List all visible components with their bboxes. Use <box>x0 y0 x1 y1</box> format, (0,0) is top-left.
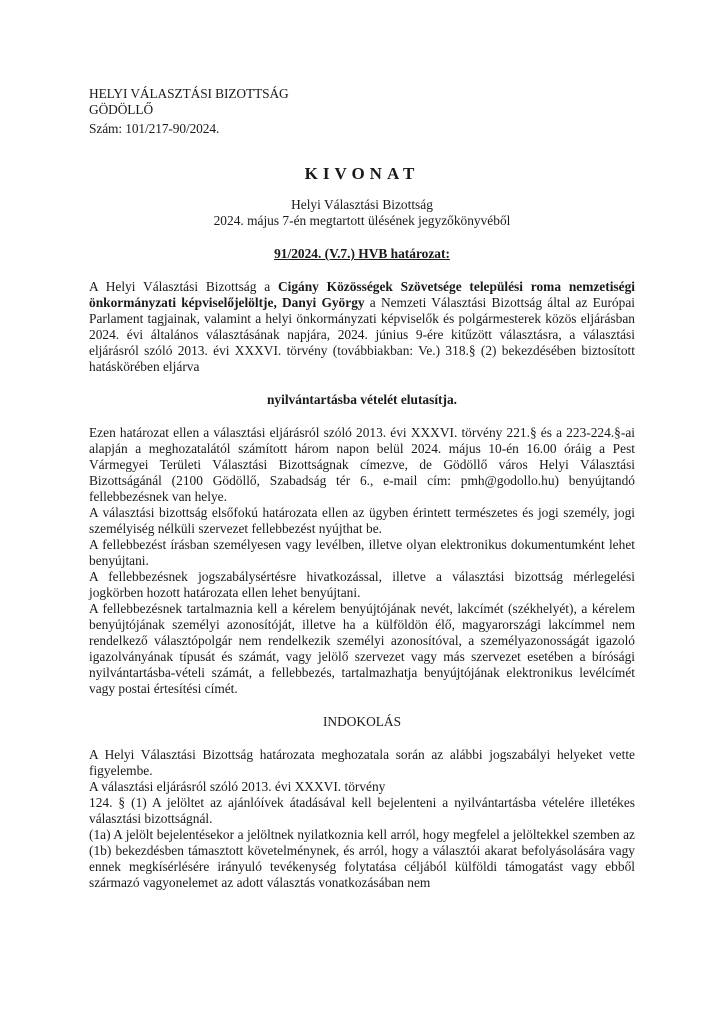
appeal-paragraph: A fellebbezésnek jogszabálysértésre hiva… <box>89 569 635 601</box>
reasoning-paragraph: 124. § (1) A jelöltet az ajánlóívek átad… <box>89 795 635 827</box>
reasoning-heading: INDOKOLÁS <box>89 714 635 730</box>
subtitle-line-1: Helyi Választási Bizottság <box>89 197 635 213</box>
reasoning-paragraph: A Helyi Választási Bizottság határozata … <box>89 747 635 779</box>
document-page: HELYI VÁLASZTÁSI BIZOTTSÁG GÖDÖLLŐ Szám:… <box>89 86 635 891</box>
verdict: nyilvántartásba vételét elutasítja. <box>89 392 635 408</box>
reference-number: Szám: 101/217-90/2024. <box>89 121 635 137</box>
city: GÖDÖLLŐ <box>89 102 635 118</box>
subtitle-line-2: 2024. május 7-én megtartott ülésének jeg… <box>89 213 635 229</box>
appeal-paragraph: A választási bizottság elsőfokú határoza… <box>89 505 635 537</box>
reasoning-section: A Helyi Választási Bizottság határozata … <box>89 747 635 891</box>
appeal-section: Ezen határozat ellen a választási eljárá… <box>89 425 635 697</box>
appeal-paragraph: A fellebbezést írásban személyesen vagy … <box>89 537 635 569</box>
reasoning-paragraph: A választási eljárásról szóló 2013. évi … <box>89 779 635 795</box>
document-header: HELYI VÁLASZTÁSI BIZOTTSÁG GÖDÖLLŐ Szám:… <box>89 86 635 137</box>
issuing-body: HELYI VÁLASZTÁSI BIZOTTSÁG <box>89 86 635 102</box>
appeal-paragraph: A fellebbezésnek tartalmaznia kell a kér… <box>89 601 635 697</box>
appeal-paragraph: Ezen határozat ellen a választási eljárá… <box>89 425 635 505</box>
document-title: KIVONAT <box>89 164 635 184</box>
decision-number: 91/2024. (V.7.) HVB határozat: <box>89 246 635 262</box>
document-subtitle: Helyi Választási Bizottság 2024. május 7… <box>89 197 635 229</box>
intro-paragraph: A Helyi Választási Bizottság a Cigány Kö… <box>89 279 635 375</box>
intro-text-1: A Helyi Választási Bizottság a <box>89 279 278 294</box>
reasoning-paragraph: (1a) A jelölt bejelentésekor a jelöltnek… <box>89 827 635 891</box>
